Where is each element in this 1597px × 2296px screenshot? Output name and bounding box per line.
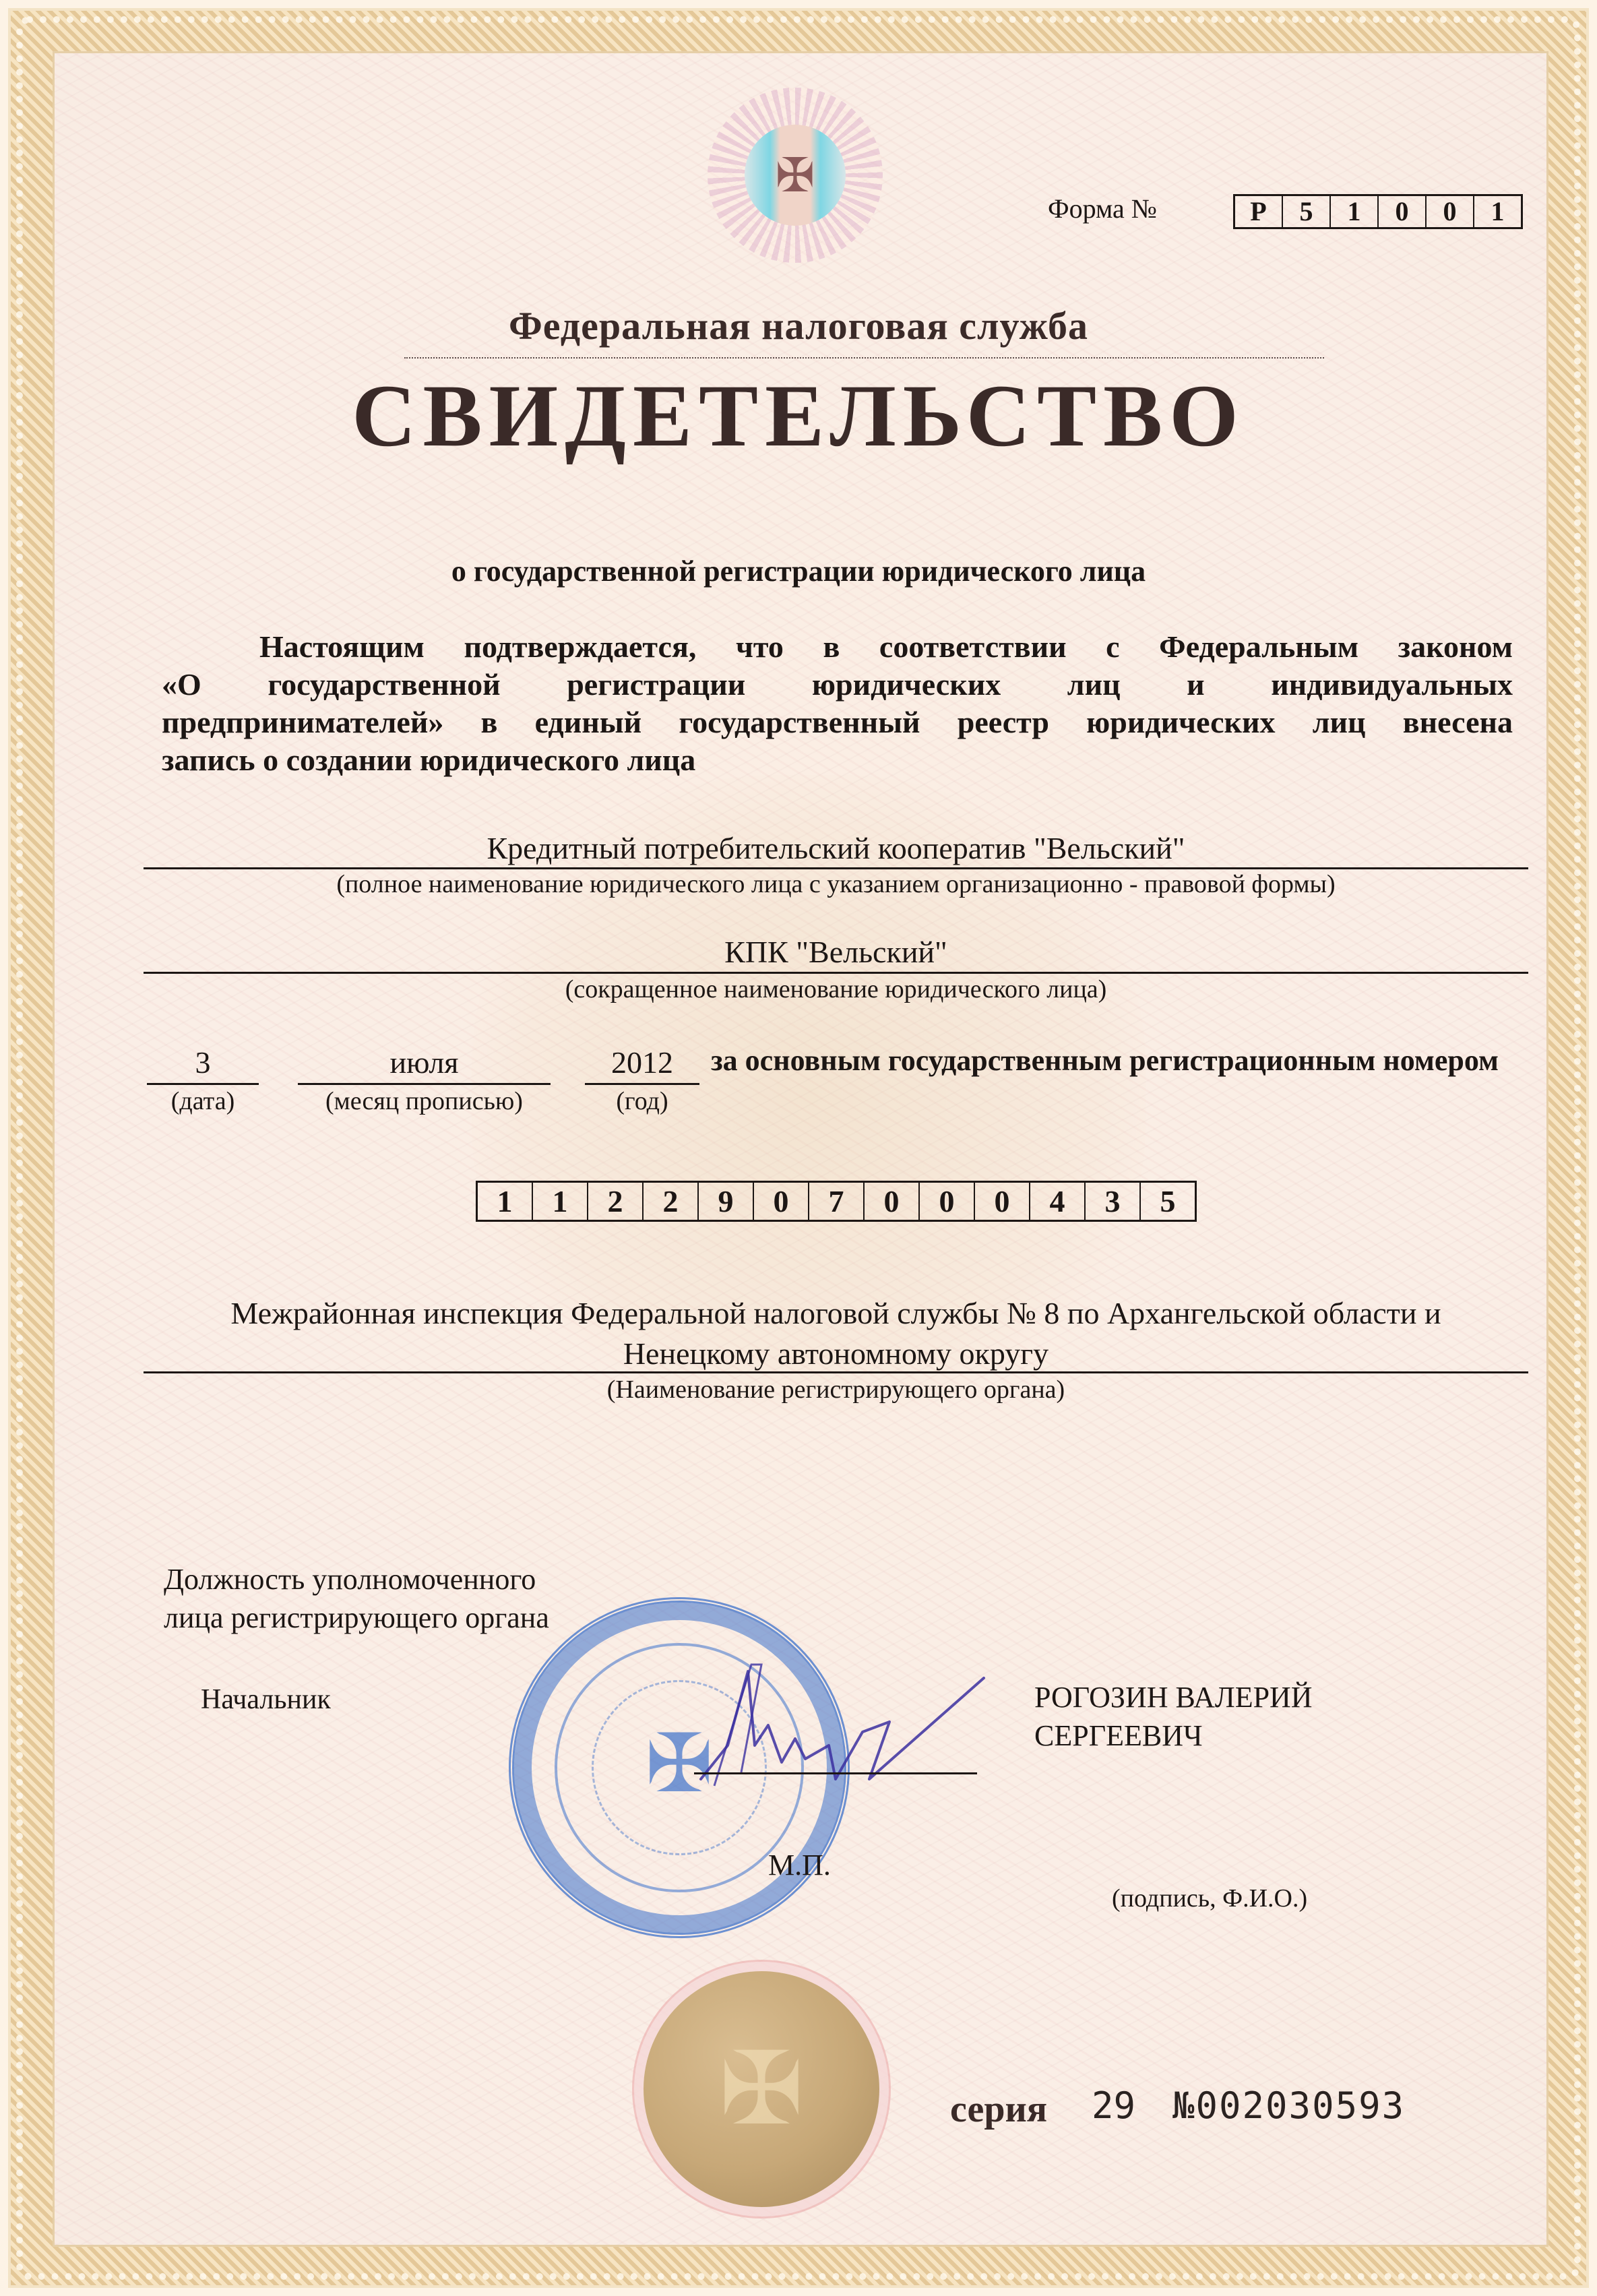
short-name-underline [144, 972, 1528, 974]
agency-name: Федеральная налоговая служба [0, 303, 1597, 348]
ogrn-digit: 0 [920, 1183, 975, 1220]
paragraph-line: предпринимателей» в единый государственн… [162, 704, 1513, 741]
signatory-name-line2: СЕРГЕЕВИЧ [1034, 1718, 1203, 1753]
ogrn-digit: 1 [478, 1183, 533, 1220]
ogrn-digit: 0 [865, 1183, 920, 1220]
ogrn-digit: 1 [533, 1183, 588, 1220]
registration-year: 2012 [585, 1045, 699, 1080]
form-number-boxes: Р51001 [1233, 194, 1523, 229]
month-caption: (месяц прописью) [298, 1086, 551, 1116]
day-underline [147, 1083, 259, 1085]
series-value: 29 [1092, 2084, 1135, 2127]
series-label: серия [950, 2088, 1047, 2131]
signatory-name-line1: РОГОЗИН ВАЛЕРИЙ [1034, 1680, 1313, 1714]
certification-paragraph: Настоящим подтверждается, что в соответс… [162, 628, 1513, 779]
ogrn-digit: 5 [1141, 1183, 1195, 1220]
short-name-caption: (сокращенное наименование юридического л… [144, 974, 1528, 1004]
form-number-digit: Р [1235, 196, 1283, 227]
signature [687, 1644, 1011, 1806]
gold-seal: ✠ [644, 1971, 879, 2207]
ogrn-digit: 9 [699, 1183, 754, 1220]
registration-day: 3 [147, 1045, 259, 1080]
form-number-digit: 0 [1379, 196, 1427, 227]
agency-divider [404, 357, 1324, 359]
authority-name-line2: Ненецкому автономному округу [144, 1336, 1528, 1371]
ogrn-digit: 0 [754, 1183, 809, 1220]
paragraph-line: запись о создании юридического лица [162, 741, 1513, 779]
form-number-label: Форма № [1048, 193, 1157, 224]
ogrn-digit: 2 [588, 1183, 644, 1220]
double-headed-eagle-icon: ✠ [719, 2030, 804, 2148]
position-label-line2: лица регистрирующего органа [164, 1601, 549, 1635]
form-number-digit: 0 [1427, 196, 1474, 227]
paragraph-line: Настоящим подтверждается, что в соответс… [162, 628, 1513, 666]
ogrn-intro: за основным государственным регистрацион… [711, 1043, 1499, 1078]
document-title: СВИДЕТЕЛЬСТВО [0, 364, 1597, 467]
entity-short-name: КПК "Вельский" [144, 934, 1528, 970]
ogrn-digit: 3 [1086, 1183, 1141, 1220]
year-underline [585, 1083, 699, 1085]
ogrn-digit: 4 [1030, 1183, 1086, 1220]
authority-name-line1: Межрайонная инспекция Федеральной налого… [144, 1295, 1528, 1331]
hologram-emblem: ✠ [708, 88, 883, 263]
paragraph-line: «О государственной регистрации юридическ… [162, 666, 1513, 704]
year-caption: (год) [585, 1086, 699, 1116]
form-number-digit: 1 [1331, 196, 1379, 227]
month-underline [298, 1083, 551, 1085]
document-subtitle: о государственной регистрации юридическо… [0, 554, 1597, 588]
ogrn-digit: 0 [975, 1183, 1030, 1220]
ogrn-digit: 2 [644, 1183, 699, 1220]
authority-underline [144, 1371, 1528, 1373]
registration-month: июля [298, 1045, 551, 1080]
ogrn-digit: 7 [809, 1183, 865, 1220]
form-number-digit: 5 [1283, 196, 1331, 227]
form-number-digit: 1 [1474, 196, 1521, 227]
authority-caption: (Наименование регистрирующего органа) [144, 1375, 1528, 1404]
seal-mark: М.П. [768, 1848, 831, 1882]
full-name-caption: (полное наименование юридического лица с… [144, 869, 1528, 899]
entity-full-name: Кредитный потребительский кооператив "Ве… [144, 830, 1528, 866]
signature-caption: (подпись, Ф.И.О.) [1112, 1884, 1307, 1913]
blank-number: №002030593 [1172, 2084, 1405, 2127]
double-headed-eagle-icon: ✠ [745, 125, 846, 226]
signature-underline [694, 1772, 977, 1774]
ogrn-number-boxes: 1122907000435 [476, 1181, 1197, 1222]
day-caption: (дата) [147, 1086, 259, 1116]
signatory-position: Начальник [201, 1683, 331, 1716]
position-label-line1: Должность уполномоченного [164, 1562, 536, 1596]
